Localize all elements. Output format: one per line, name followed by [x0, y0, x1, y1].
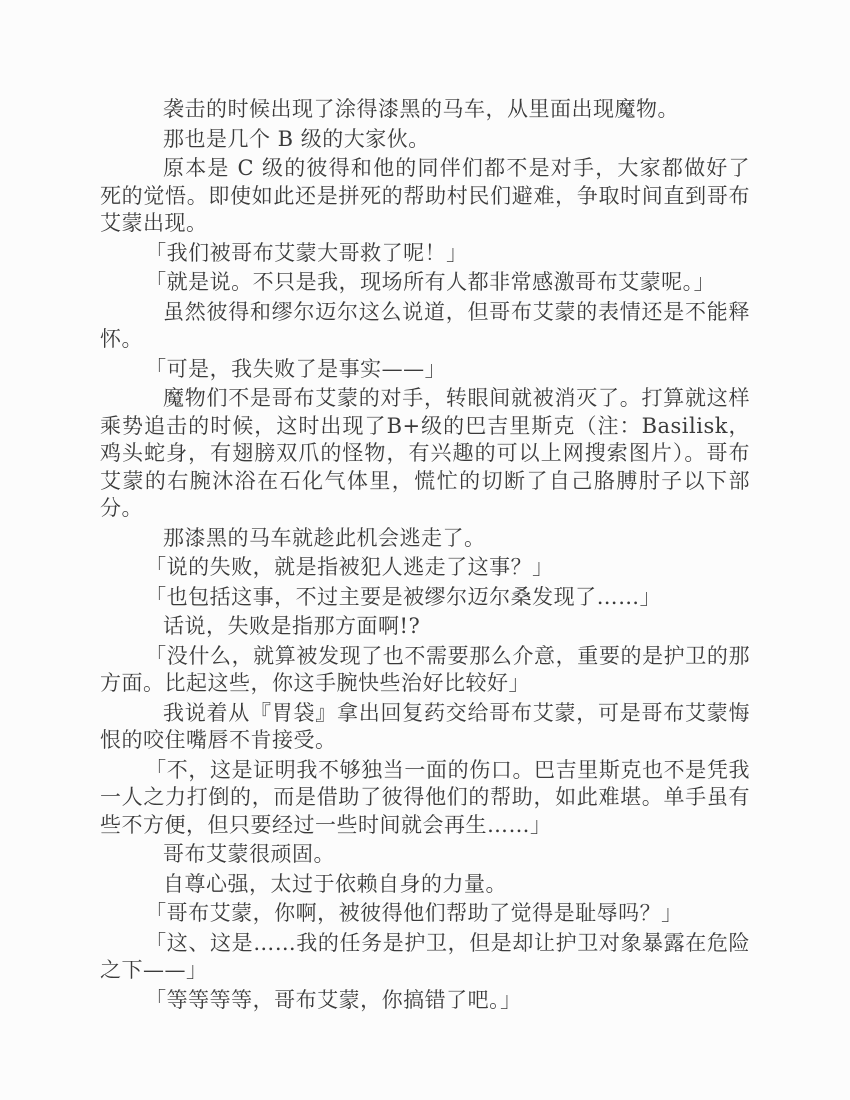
- paragraph: 「就是说。不只是我，现场所有人都非常感激哥布艾蒙呢。」: [100, 269, 750, 297]
- paragraph: 话说，失败是指那方面啊!?: [100, 613, 750, 641]
- paragraph: 「等等等等，哥布艾蒙，你搞错了吧。」: [100, 987, 750, 1015]
- paragraph: 我说着从『胃袋』拿出回复药交给哥布艾蒙，可是哥布艾蒙悔恨的咬住嘴唇不肯接受。: [100, 700, 750, 755]
- paragraph: 「这、这是……我的任务是护卫，但是却让护卫对象暴露在危险之下——」: [100, 930, 750, 985]
- novel-text-block: 袭击的时候出现了涂得漆黑的马车，从里面出现魔物。那也是几个 B 级的大家伙。原本…: [100, 96, 750, 1016]
- paragraph: 那也是几个 B 级的大家伙。: [100, 126, 750, 154]
- paragraph: 「没什么，就算被发现了也不需要那么介意，重要的是护卫的那方面。比起这些，你这手腕…: [100, 643, 750, 698]
- paragraph: 自尊心强，太过于依赖自身的力量。: [100, 871, 750, 899]
- paragraph: 原本是 C 级的彼得和他的同伴们都不是对手，大家都做好了死的觉悟。即使如此还是拼…: [100, 155, 750, 238]
- paragraph: 魔物们不是哥布艾蒙的对手，转眼间就被消灭了。打算就这样乘势追击的时候，这时出现了…: [100, 385, 750, 523]
- paragraph: 「我们被哥布艾蒙大哥救了呢！」: [100, 240, 750, 268]
- paragraph: 袭击的时候出现了涂得漆黑的马车，从里面出现魔物。: [100, 96, 750, 124]
- paragraph: 「说的失败，就是指被犯人逃走了这事？」: [100, 554, 750, 582]
- paragraph: 虽然彼得和缪尔迈尔这么说道，但哥布艾蒙的表情还是不能释怀。: [100, 299, 750, 354]
- novel-page: 袭击的时候出现了涂得漆黑的马车，从里面出现魔物。那也是几个 B 级的大家伙。原本…: [0, 0, 850, 1100]
- paragraph: 「可是，我失败了是事实——」: [100, 356, 750, 384]
- paragraph: 哥布艾蒙很顽固。: [100, 841, 750, 869]
- paragraph: 那漆黑的马车就趁此机会逃走了。: [100, 525, 750, 553]
- paragraph: 「不，这是证明我不够独当一面的伤口。巴吉里斯克也不是凭我一人之力打倒的，而是借助…: [100, 757, 750, 840]
- paragraph: 「也包括这事，不过主要是被缪尔迈尔桑发现了……」: [100, 584, 750, 612]
- paragraph: 「哥布艾蒙，你啊，被彼得他们帮助了觉得是耻辱吗？」: [100, 900, 750, 928]
